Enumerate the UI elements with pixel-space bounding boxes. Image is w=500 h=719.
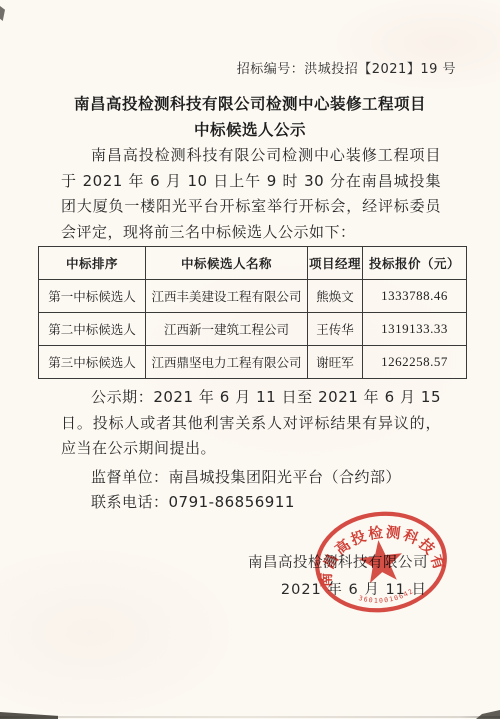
cell-rank: 第二中标候选人 bbox=[39, 313, 146, 346]
scan-artifact-bottom-left bbox=[0, 712, 58, 719]
col-header-manager: 项目经理 bbox=[308, 247, 363, 280]
col-header-rank: 中标排序 bbox=[39, 247, 146, 280]
contact-phone-line: 联系电话：0791-86856911 bbox=[61, 491, 461, 512]
cell-rank: 第三中标候选人 bbox=[39, 346, 146, 379]
cell-company: 江西丰美建设工程有限公司 bbox=[146, 280, 308, 313]
supervisor-line: 监督单位：南昌城投集团阳光平台（合约部） bbox=[61, 466, 461, 487]
table-header-row: 中标排序 中标候选人名称 项目经理 投标报价（元） bbox=[39, 247, 467, 280]
publicity-period-paragraph: 公示期：2021 年 6 月 11 日至 2021 年 6 月 15 日。投标人… bbox=[61, 385, 441, 462]
signature-company: 南昌高投检测科技有限公司 bbox=[248, 551, 428, 572]
col-header-company: 中标候选人名称 bbox=[146, 247, 308, 280]
table-row: 第二中标候选人 江西新一建筑工程公司 王传华 1319133.33 bbox=[39, 313, 467, 346]
signature-date: 2021 年 6 月 11 日 bbox=[281, 578, 427, 599]
cell-rank: 第一中标候选人 bbox=[39, 280, 146, 313]
intro-paragraph: 南昌高投检测科技有限公司检测中心装修工程项目于 2021 年 6 月 10 日上… bbox=[61, 143, 441, 245]
scan-artifact-bottom-right bbox=[476, 710, 500, 719]
bid-number: 招标编号：洪城投招【2021】19 号 bbox=[237, 58, 456, 77]
cell-manager: 谢旺军 bbox=[308, 346, 363, 379]
cell-manager: 王传华 bbox=[308, 313, 363, 346]
cell-price: 1319133.33 bbox=[363, 313, 467, 346]
table-row: 第一中标候选人 江西丰美建设工程有限公司 熊焕文 1333788.46 bbox=[39, 280, 467, 313]
cell-company: 江西新一建筑工程公司 bbox=[146, 313, 308, 346]
col-header-price: 投标报价（元） bbox=[363, 247, 467, 280]
cell-manager: 熊焕文 bbox=[308, 280, 363, 313]
bid-candidates-table: 中标排序 中标候选人名称 项目经理 投标报价（元） 第一中标候选人 江西丰美建设… bbox=[38, 246, 467, 379]
scanned-document-page: 招标编号：洪城投招【2021】19 号 南昌高投检测科技有限公司检测中心装修工程… bbox=[0, 0, 500, 719]
scan-artifact-bottom-edge bbox=[0, 716, 500, 718]
document-title-line1: 南昌高投检测科技有限公司检测中心装修工程项目 bbox=[0, 92, 500, 114]
cell-price: 1262258.57 bbox=[363, 346, 467, 379]
cell-price: 1333788.46 bbox=[363, 280, 467, 313]
table-row: 第三中标候选人 江西鼎坚电力工程有限公司 谢旺军 1262258.57 bbox=[39, 346, 467, 379]
document-title-line2: 中标候选人公示 bbox=[0, 118, 500, 140]
scan-artifact-top-left bbox=[0, 6, 5, 21]
cell-company: 江西鼎坚电力工程有限公司 bbox=[146, 346, 308, 379]
